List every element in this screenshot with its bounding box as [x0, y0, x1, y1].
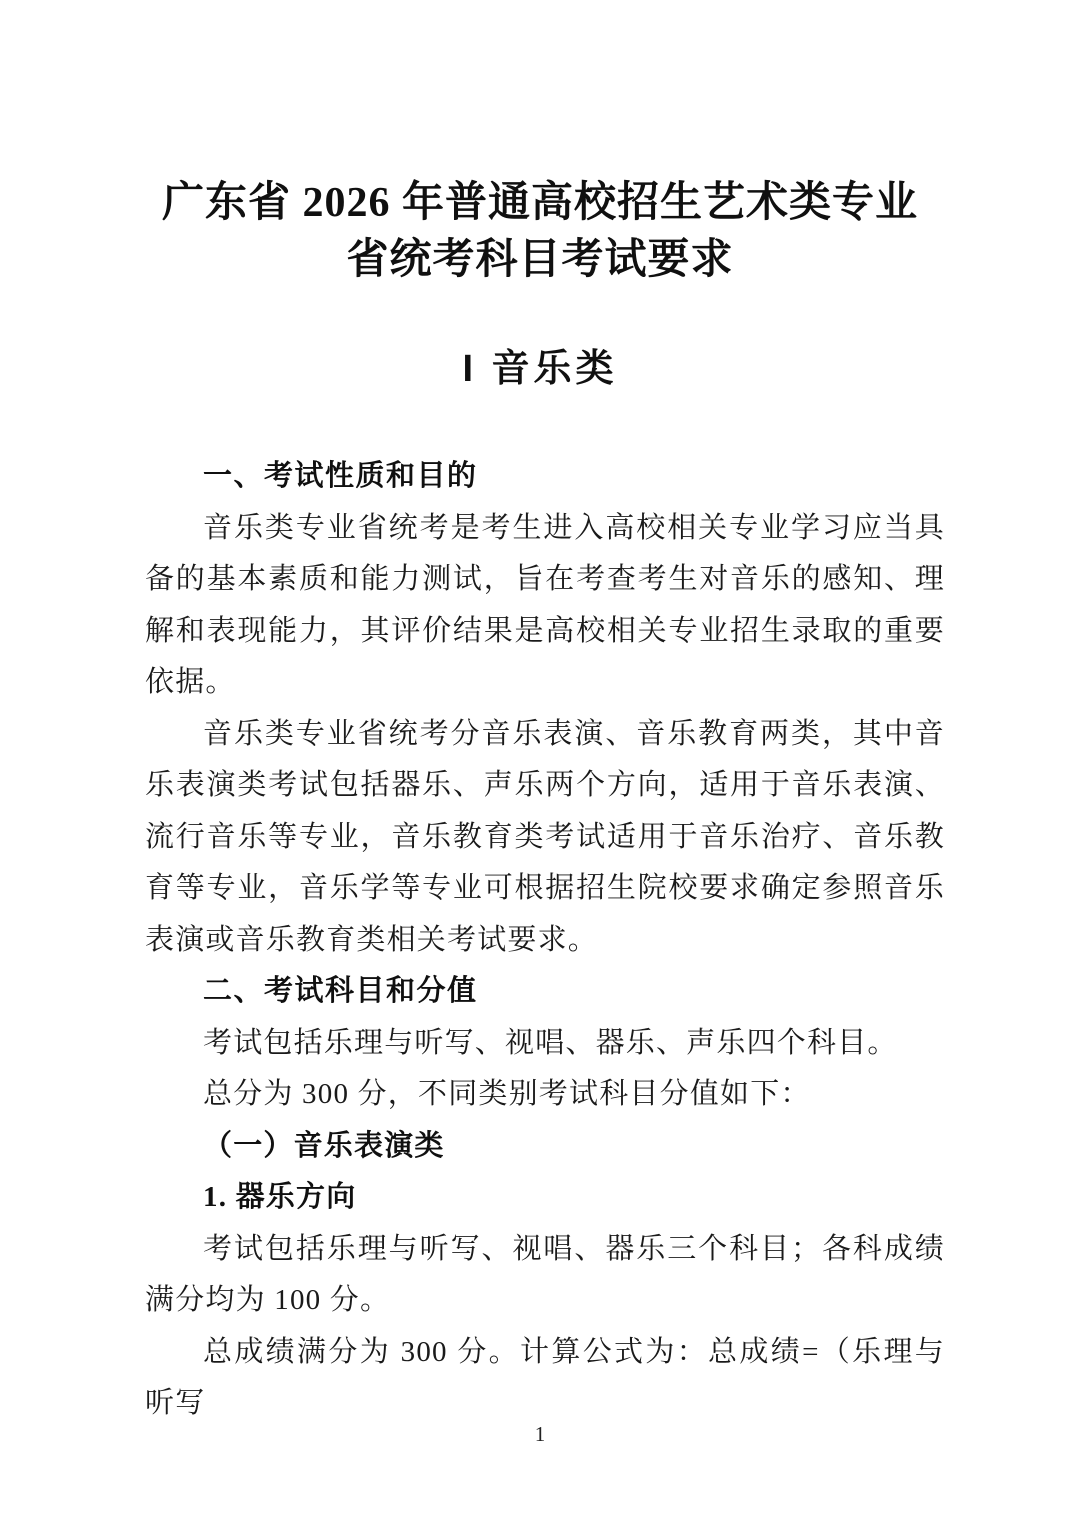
paragraph-total-score: 总分为 300 分，不同类别考试科目分值如下：: [145, 1069, 945, 1121]
section-label: I 音乐类: [140, 347, 940, 391]
heading-exam-nature: 一、考试性质和目的: [145, 451, 945, 503]
paragraph-subjects: 考试包括乐理与听写、视唱、器乐、声乐四个科目。: [145, 1018, 945, 1070]
document-page: 广东省 2026 年普通高校招生艺术类专业 省统考科目考试要求 I 音乐类 一、…: [0, 0, 1080, 1529]
document-title: 广东省 2026 年普通高校招生艺术类专业 省统考科目考试要求: [140, 175, 940, 289]
paragraph-exam-nature-2: 音乐类专业省统考分音乐表演、音乐教育两类，其中音乐表演类考试包括器乐、声乐两个方…: [145, 709, 945, 967]
subheading-music-performance: （一）音乐表演类: [145, 1121, 945, 1173]
paragraph-instrumental-1: 考试包括乐理与听写、视唱、器乐三个科目；各科成绩满分均为 100 分。: [145, 1224, 945, 1327]
document-body: 一、考试性质和目的 音乐类专业省统考是考生进入高校相关专业学习应当具备的基本素质…: [145, 451, 945, 1430]
paragraph-instrumental-2: 总成绩满分为 300 分。计算公式为：总成绩=（乐理与听写: [145, 1327, 945, 1430]
heading-subjects-scores: 二、考试科目和分值: [145, 966, 945, 1018]
document-title-line2: 省统考科目考试要求: [140, 232, 940, 289]
paragraph-exam-nature-1: 音乐类专业省统考是考生进入高校相关专业学习应当具备的基本素质和能力测试，旨在考查…: [145, 503, 945, 709]
subheading-instrumental: 1. 器乐方向: [145, 1172, 945, 1224]
document-title-line1: 广东省 2026 年普通高校招生艺术类专业: [140, 175, 940, 232]
page-number: 1: [0, 1422, 1080, 1447]
